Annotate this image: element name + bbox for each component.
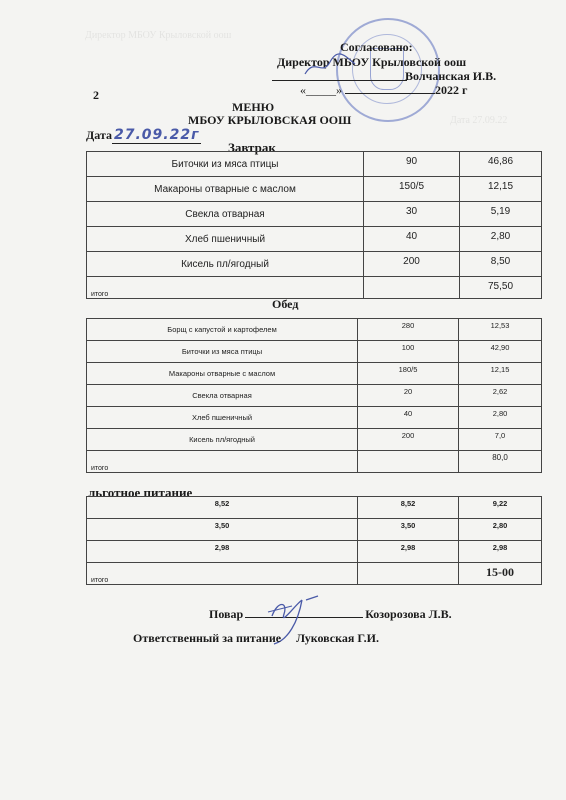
approval-date: «_____» 2022 г: [300, 83, 467, 98]
benefit-table: 8,52 8,52 9,22 3,50 3,50 2,80 2,98 2,98 …: [86, 496, 542, 585]
table-row: Свекла отварная 30 5,19: [87, 202, 542, 227]
total-row: итого 15-00: [87, 563, 542, 585]
table-row: Биточки из мяса птицы 90 46,86: [87, 152, 542, 177]
table-row: Хлеб пшеничный 40 2,80: [87, 227, 542, 252]
dish-name: Биточки из мяса птицы: [87, 341, 358, 363]
dish-qty: 20: [358, 385, 459, 407]
dish-qty: 30: [364, 202, 460, 227]
empty-cell: [364, 277, 460, 299]
dish-qty: 40: [364, 227, 460, 252]
benefit-value: 9,22: [459, 497, 542, 519]
benefit-value: 2,98: [87, 541, 358, 563]
benefit-value: 2,80: [459, 519, 542, 541]
responsible-person: Ответственный за питание Луковская Г.И.: [133, 631, 379, 646]
dish-price: 8,50: [460, 252, 542, 277]
dish-price: 12,15: [459, 363, 542, 385]
dish-name: Кисель пл/ягодный: [87, 252, 364, 277]
table-row: Хлеб пшеничный 40 2,80: [87, 407, 542, 429]
benefit-value: 3,50: [358, 519, 459, 541]
dish-qty: 40: [358, 407, 459, 429]
empty-cell: [358, 451, 459, 473]
table-row: Макароны отварные с маслом 180/5 12,15: [87, 363, 542, 385]
table-row: Свекла отварная 20 2,62: [87, 385, 542, 407]
dish-price: 42,90: [459, 341, 542, 363]
bleed-through-text: Дата 27.09.22: [450, 115, 507, 126]
cook-name: Козорозова Л.В.: [365, 607, 451, 621]
benefit-value: 2,98: [358, 541, 459, 563]
date-label: Дата: [86, 128, 112, 142]
dish-price: 2,62: [459, 385, 542, 407]
total-label: итого: [87, 563, 358, 585]
dish-qty: 200: [358, 429, 459, 451]
dish-name: Макароны отварные с маслом: [87, 363, 358, 385]
dish-qty: 180/5: [358, 363, 459, 385]
dish-name: Макароны отварные с маслом: [87, 177, 364, 202]
total-price: 80,0: [459, 451, 542, 473]
dish-price: 12,15: [460, 177, 542, 202]
table-row: 8,52 8,52 9,22: [87, 497, 542, 519]
dish-price: 5,19: [460, 202, 542, 227]
benefit-value: 2,98: [459, 541, 542, 563]
total-row: итого 80,0: [87, 451, 542, 473]
benefit-value: 8,52: [358, 497, 459, 519]
responsible-name: Луковская Г.И.: [296, 631, 379, 645]
lunch-table: Борщ с капустой и картофелем 280 12,53 Б…: [86, 318, 542, 473]
approval-date-day: «_____»: [300, 83, 342, 97]
total-label: итого: [87, 277, 364, 299]
school-name: МБОУ КРЫЛОВСКАЯ ООШ: [188, 113, 351, 128]
responsible-label: Ответственный за питание: [133, 631, 281, 645]
benefit-value: 8,52: [87, 497, 358, 519]
bleed-through-text: Директор МБОУ Крыловской оош: [85, 30, 231, 41]
date-value: 27.09.22г: [112, 127, 201, 144]
dish-name: Кисель пл/ягодный: [87, 429, 358, 451]
dish-price: 2,80: [460, 227, 542, 252]
dish-qty: 200: [364, 252, 460, 277]
menu-document: Директор МБОУ Крыловской оош Дата 27.09.…: [0, 0, 566, 800]
breakfast-table: Биточки из мяса птицы 90 46,86 Макароны …: [86, 151, 542, 299]
approval-director-name: Волчанская И.В.: [405, 69, 496, 84]
approval-date-month-line: [345, 93, 435, 94]
total-price: 15-00: [459, 563, 542, 585]
dish-qty: 150/5: [364, 177, 460, 202]
dish-name: Хлеб пшеничный: [87, 407, 358, 429]
table-row: 2,98 2,98 2,98: [87, 541, 542, 563]
section-title-lunch: Обед: [272, 297, 298, 312]
dish-qty: 90: [364, 152, 460, 177]
dish-name: Свекла отварная: [87, 202, 364, 227]
director-signature: [300, 52, 360, 80]
table-row: Борщ с капустой и картофелем 280 12,53: [87, 319, 542, 341]
dish-name: Свекла отварная: [87, 385, 358, 407]
dish-price: 7,0: [459, 429, 542, 451]
table-row: Кисель пл/ягодный 200 7,0: [87, 429, 542, 451]
dish-price: 2,80: [459, 407, 542, 429]
total-label: итого: [87, 451, 358, 473]
total-price: 75,50: [460, 277, 542, 299]
dish-name: Хлеб пшеничный: [87, 227, 364, 252]
date-field: Дата27.09.22г: [86, 127, 201, 143]
dish-qty: 100: [358, 341, 459, 363]
dish-price: 46,86: [460, 152, 542, 177]
empty-cell: [358, 563, 459, 585]
dish-name: Борщ с капустой и картофелем: [87, 319, 358, 341]
table-row: 3,50 3,50 2,80: [87, 519, 542, 541]
table-row: Биточки из мяса птицы 100 42,90: [87, 341, 542, 363]
table-row: Кисель пл/ягодный 200 8,50: [87, 252, 542, 277]
total-row: итого 75,50: [87, 277, 542, 299]
dish-qty: 280: [358, 319, 459, 341]
benefit-value: 3,50: [87, 519, 358, 541]
cook-label: Повар: [209, 607, 243, 621]
table-row: Макароны отварные с маслом 150/5 12,15: [87, 177, 542, 202]
approval-year: 2022 г: [435, 83, 467, 97]
dish-name: Биточки из мяса птицы: [87, 152, 364, 177]
dish-price: 12,53: [459, 319, 542, 341]
signature-line: [272, 80, 407, 81]
page-number: 2: [93, 88, 99, 103]
